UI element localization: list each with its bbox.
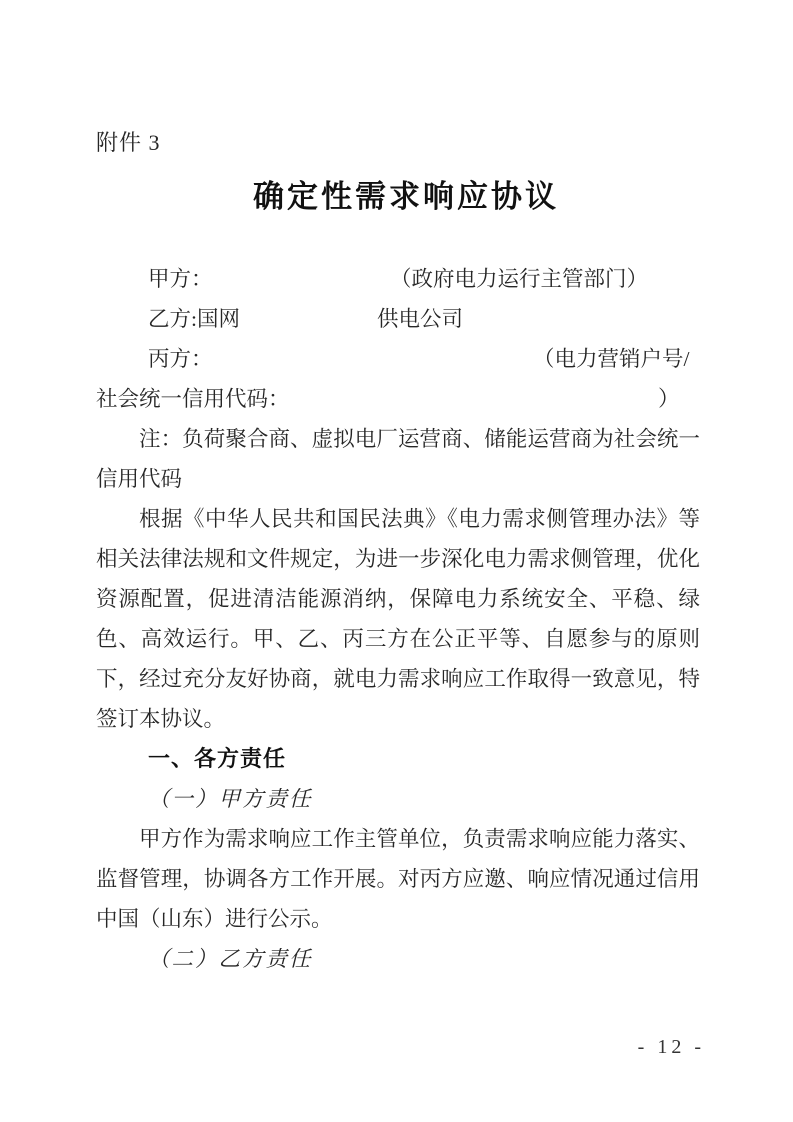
document-page: 附件 3 确定性需求响应协议 甲方： （政府电力运行主管部门） 乙方:国网 供电… bbox=[0, 0, 793, 1122]
party-label: 甲方： bbox=[96, 267, 213, 291]
party-line-credit-code: 社会统一信用代码： ） bbox=[96, 379, 700, 419]
party-suffix: 供电公司 bbox=[377, 299, 463, 339]
party-line-yifang: 乙方:国网 供电公司 bbox=[96, 299, 700, 339]
section-heading-responsibilities: 一、各方责任 bbox=[96, 739, 700, 779]
party-suffix: ） bbox=[658, 379, 680, 419]
party-a-responsibility-paragraph: 甲方作为需求响应工作主管单位，负责需求响应能力落实、监督管理，协调各方工作开展。… bbox=[96, 819, 700, 939]
subsection-heading-party-b: （二）乙方责任 bbox=[96, 939, 700, 979]
party-label: 丙方： bbox=[96, 347, 213, 371]
party-line-jiafang: 甲方： （政府电力运行主管部门） bbox=[96, 259, 700, 299]
party-suffix: （电力营销户号/ bbox=[533, 339, 689, 379]
intro-paragraph: 根据《中华人民共和国民法典》《电力需求侧管理办法》等相关法律法规和文件规定，为进… bbox=[96, 499, 700, 739]
party-line-bingfang: 丙方： （电力营销户号/ bbox=[96, 339, 700, 379]
attachment-label: 附件 3 bbox=[96, 130, 161, 156]
note-paragraph: 注：负荷聚合商、虚拟电厂运营商、储能运营商为社会统一信用代码 bbox=[96, 419, 700, 499]
document-body: 甲方： （政府电力运行主管部门） 乙方:国网 供电公司 丙方： （电力营销户号/… bbox=[96, 259, 700, 979]
party-label: 乙方:国网 bbox=[96, 307, 240, 331]
subsection-heading-party-a: （一）甲方责任 bbox=[96, 779, 700, 819]
page-number: - 12 - bbox=[638, 1034, 705, 1060]
party-suffix: （政府电力运行主管部门） bbox=[390, 259, 648, 299]
document-title: 确定性需求响应协议 bbox=[96, 176, 716, 218]
party-label: 社会统一信用代码： bbox=[96, 387, 290, 411]
